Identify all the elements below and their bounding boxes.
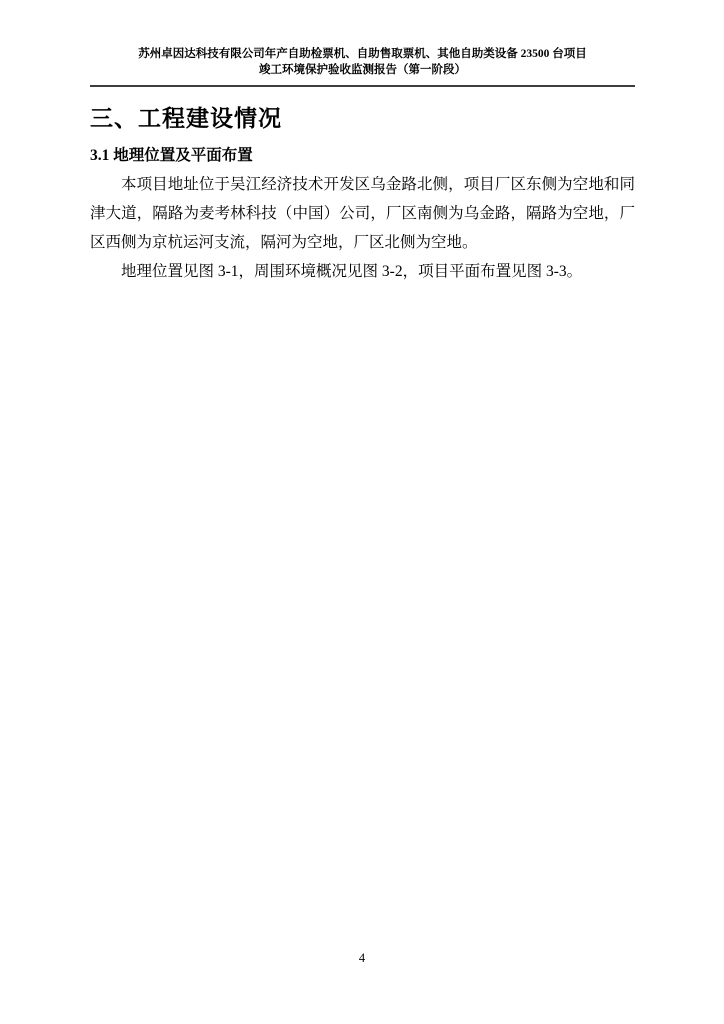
body-paragraph-1: 本项目地址位于吴江经济技术开发区乌金路北侧，项目厂区东侧为空地和同津大道，隔路为… xyxy=(90,170,635,257)
document-body: 三、工程建设情况 3.1 地理位置及平面布置 本项目地址位于吴江经济技术开发区乌… xyxy=(90,85,635,286)
page-header: 苏州卓因达科技有限公司年产自助检票机、自助售取票机、其他自助类设备 23500 … xyxy=(90,46,635,87)
header-line-1: 苏州卓因达科技有限公司年产自助检票机、自助售取票机、其他自助类设备 23500 … xyxy=(90,46,635,62)
section-heading: 三、工程建设情况 xyxy=(90,103,635,133)
document-page: 苏州卓因达科技有限公司年产自助检票机、自助售取票机、其他自助类设备 23500 … xyxy=(0,0,724,1024)
header-line-2: 竣工环境保护验收监测报告（第一阶段） xyxy=(90,62,635,78)
page-number: 4 xyxy=(0,950,724,966)
body-paragraph-2: 地理位置见图 3-1，周围环境概况见图 3-2，项目平面布置见图 3-3。 xyxy=(90,257,635,286)
subsection-heading: 3.1 地理位置及平面布置 xyxy=(90,145,635,167)
